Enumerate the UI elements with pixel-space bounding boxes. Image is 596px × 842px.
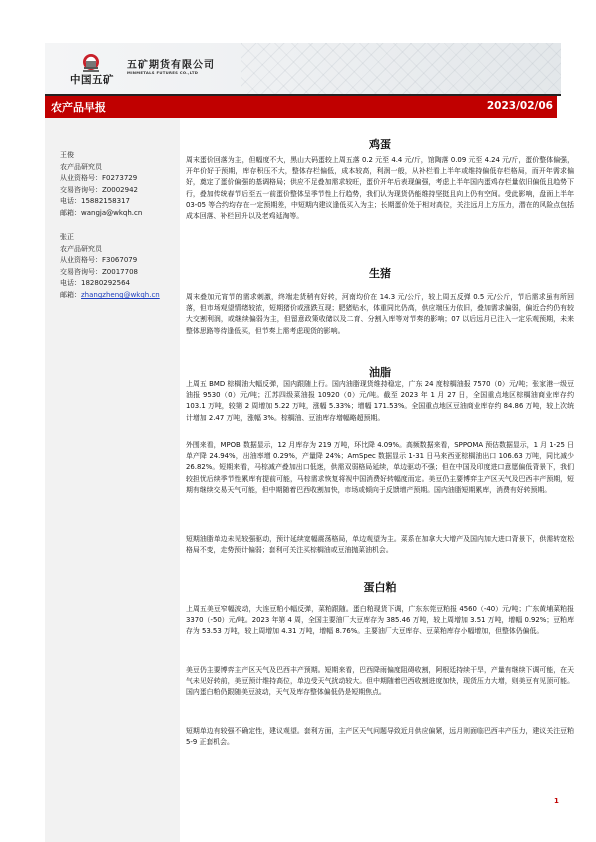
- company-name-en: MINMETALS FUTURES CO.,LTD: [127, 70, 198, 75]
- section-title-oils: 油脂: [186, 364, 574, 380]
- meal-paragraph-1: 上周五美豆窄幅波动，大连豆粕小幅反弹，菜粕跟随。蛋白粕现货下调，广东东莞豆粕报 …: [186, 604, 574, 638]
- email-label: 邮箱：: [60, 291, 81, 299]
- oils-paragraph-2: 外围来看，MPOB 数据显示，12 月库存为 219 万吨，环比降 4.09%。…: [186, 440, 574, 496]
- report-date: 2023/02/06: [487, 100, 553, 112]
- analyst-consult-id: 交易咨询号：Z0017708: [60, 267, 160, 279]
- analyst-role: 农产品研究员: [60, 244, 160, 256]
- report-title: 农产品早报: [51, 99, 106, 115]
- section-title-eggs: 鸡蛋: [186, 136, 574, 152]
- section-title-protein-meal: 蛋白粕: [186, 579, 574, 595]
- analyst-card-2: 张正 农产品研究员 从业资格号：F3067079 交易咨询号：Z0017708 …: [60, 232, 160, 302]
- analyst-role: 农产品研究员: [60, 162, 142, 174]
- analyst-phone: 电话：15882158317: [60, 196, 142, 208]
- logo-text: 中国五矿: [70, 72, 114, 87]
- oils-paragraph-1: 上周五 BMD 棕榈油大幅反弹，国内跟随上行。国内油脂现货维持稳定，广东 24 …: [186, 379, 574, 424]
- analyst-license: 从业资格号：F3067079: [60, 255, 160, 267]
- analyst-card-1: 王俊 农产品研究员 从业资格号：F0273729 交易咨询号：Z0002942 …: [60, 150, 142, 220]
- meal-paragraph-3: 短期单边有较强不确定性，建议观望。套利方面，主产区天气问题导致近月供应偏紧，远月…: [186, 726, 574, 748]
- analyst-email: 邮箱：zhangzheng@wkqh.cn: [60, 290, 160, 302]
- analyst-name: 张正: [60, 232, 160, 244]
- report-banner: 农产品早报 2023/02/06: [45, 96, 557, 118]
- oils-paragraph-3: 短期油脂单边未见较强驱动，预计延续宽幅震荡格局，单边观望为主。菜系在加拿大大增产…: [186, 534, 574, 556]
- analyst-consult-id: 交易咨询号：Z0002942: [60, 185, 142, 197]
- eggs-paragraph-1: 周末蛋价回落为主，但幅度不大，黑山大码蛋较上周五落 0.2 元至 4.4 元/斤…: [186, 155, 574, 222]
- analyst-name: 王俊: [60, 150, 142, 162]
- hogs-paragraph-1: 周末叠加元宵节的需求刺激，终端走货稍有好转，河南均价在 14.3 元/公斤，较上…: [186, 292, 574, 337]
- meal-paragraph-2: 美豆仍主要博弈主产区天气及巴西丰产预期。短期来看，巴西降雨偏度阻碍收割，阿根廷持…: [186, 665, 574, 699]
- analyst-phone: 电话：18280292564: [60, 278, 160, 290]
- report-header: 中国五矿 五矿期货有限公司 MINMETALS FUTURES CO.,LTD: [45, 43, 561, 95]
- section-title-hogs: 生猪: [186, 265, 574, 281]
- analyst-sidebar: [45, 118, 180, 842]
- email-link[interactable]: zhangzheng@wkqh.cn: [81, 291, 160, 299]
- analyst-email: 邮箱：wangja@wkqh.cn: [60, 208, 142, 220]
- header-background-pattern: [241, 43, 561, 95]
- page-number: 1: [554, 797, 559, 805]
- analyst-license: 从业资格号：F0273729: [60, 173, 142, 185]
- company-name-cn: 五矿期货有限公司: [127, 56, 215, 71]
